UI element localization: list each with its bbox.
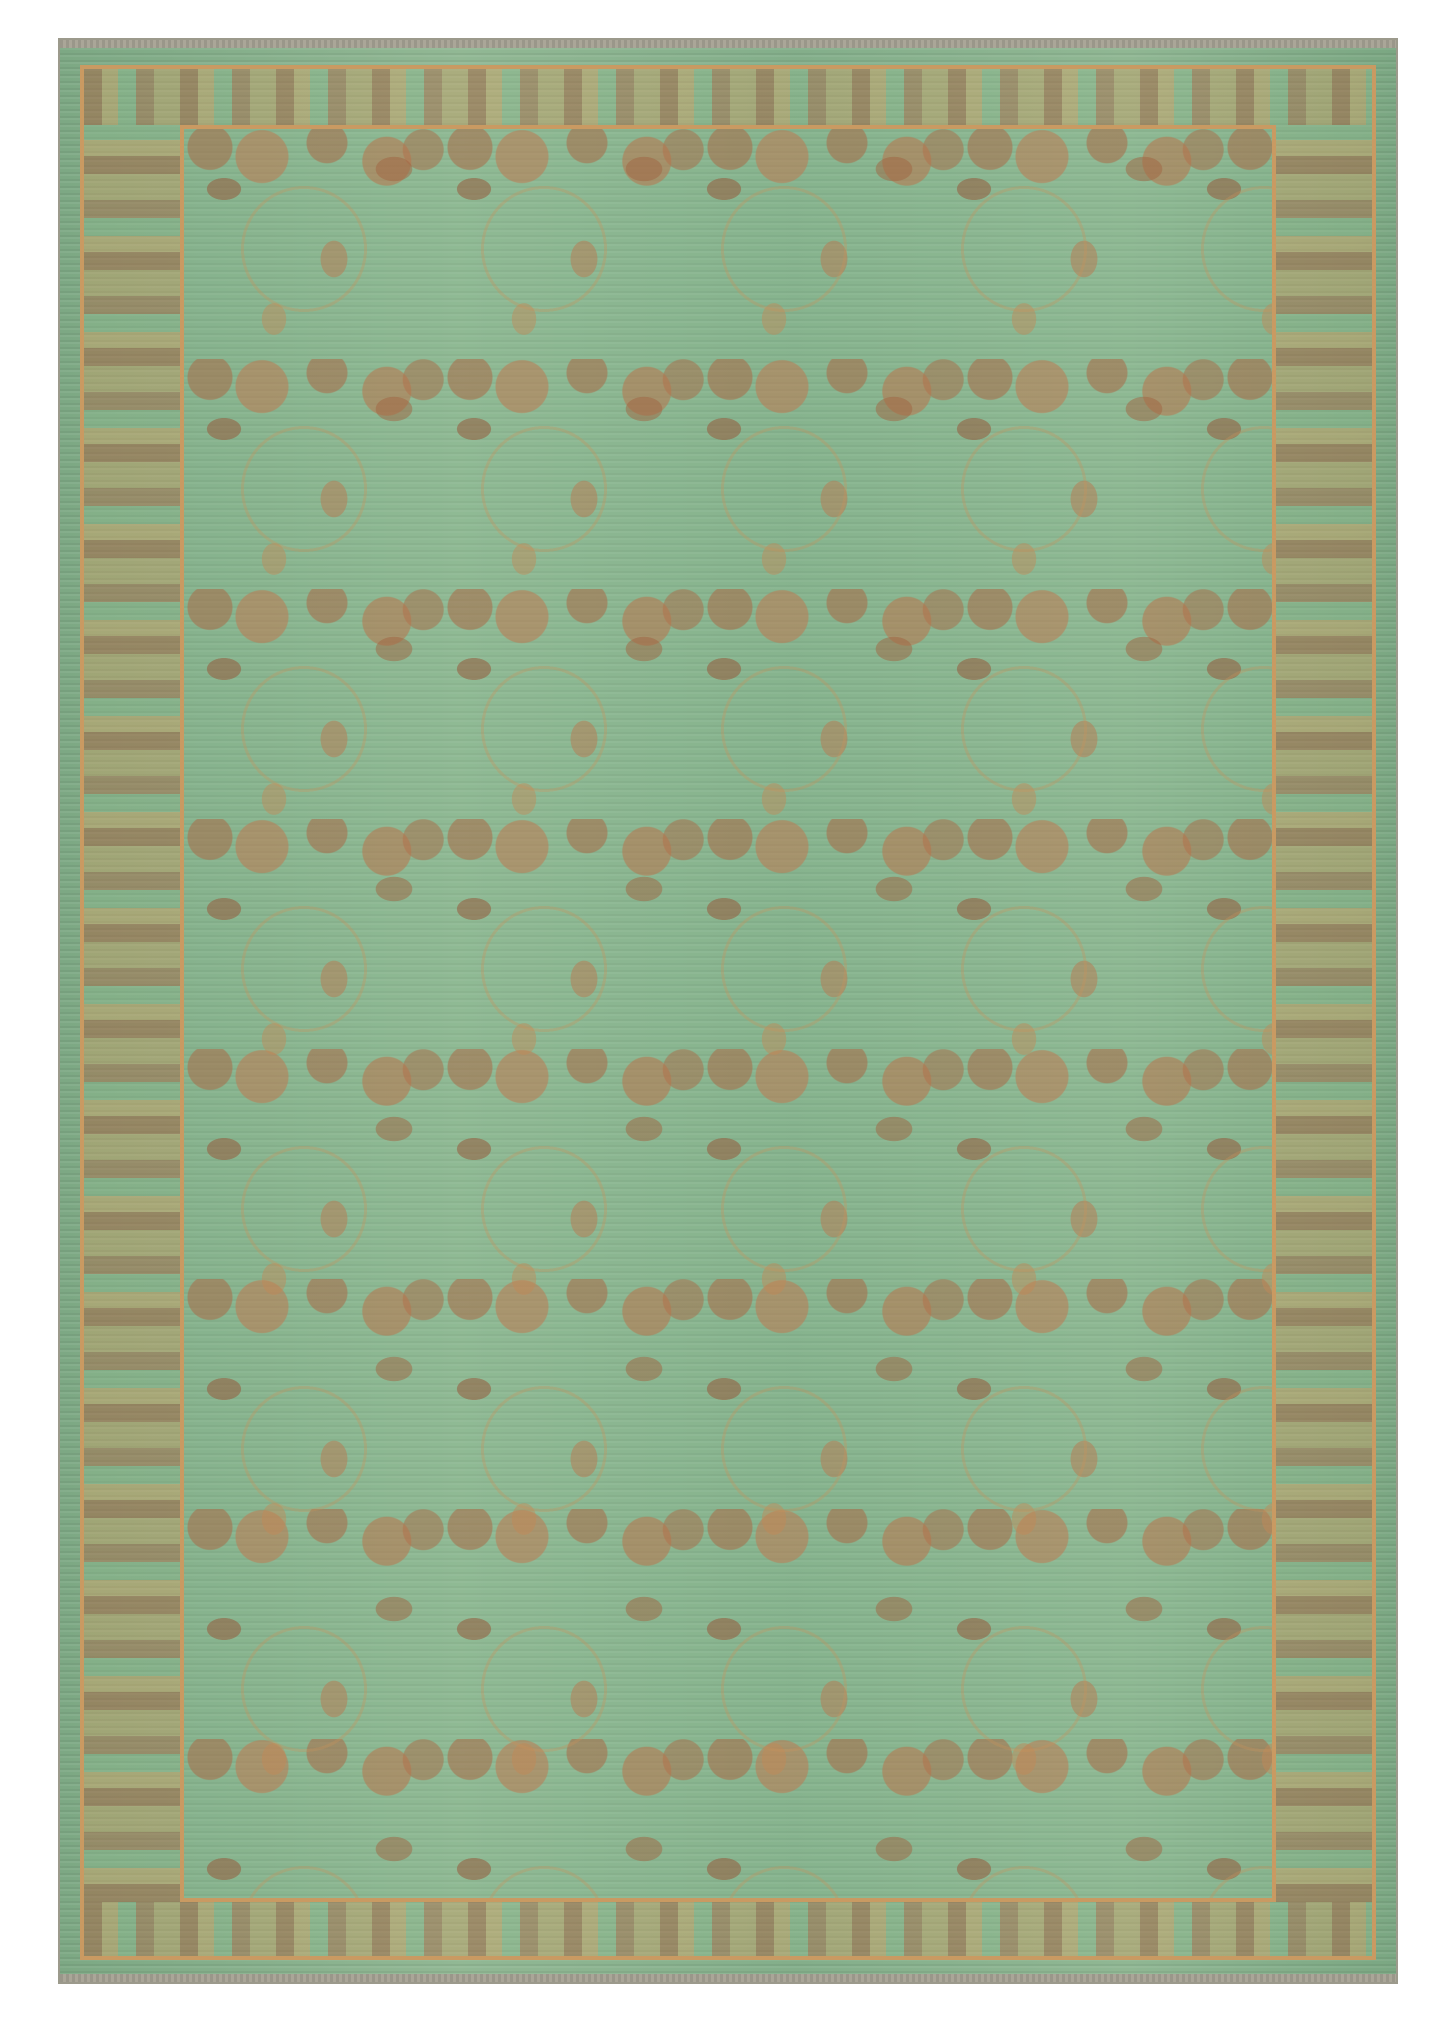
rug-bottom-edge [60, 1974, 1396, 1982]
rug [60, 40, 1396, 1982]
rug-top-edge [60, 40, 1396, 48]
rug-floral-field [184, 129, 1272, 1898]
